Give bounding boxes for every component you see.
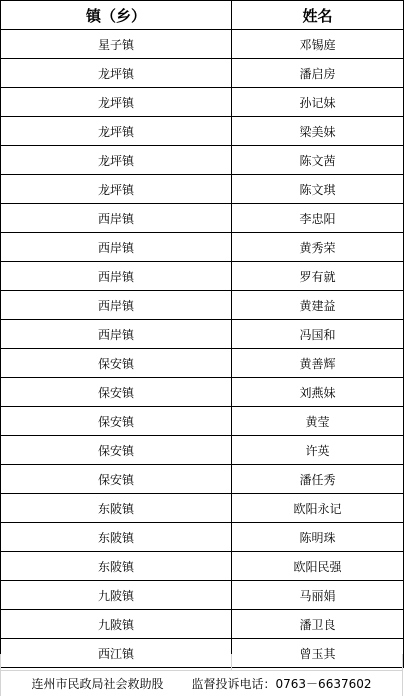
cell-town: 龙坪镇 <box>1 59 232 88</box>
table-row: 西岸镇冯国和 <box>1 320 404 349</box>
cell-town: 九陂镇 <box>1 581 232 610</box>
cell-town: 保安镇 <box>1 436 232 465</box>
footer: 连州市民政局社会救助股 监督投诉电话： 0763－6637602 <box>0 670 403 696</box>
column-header-town: 镇（乡） <box>1 1 232 30</box>
cell-name: 黄善辉 <box>232 349 404 378</box>
cell-name: 黄莹 <box>232 407 404 436</box>
cell-name: 黄建益 <box>232 291 404 320</box>
header-row: 镇（乡） 姓名 <box>1 1 404 30</box>
cell-name: 罗有就 <box>232 262 404 291</box>
footer-organization: 连州市民政局社会救助股 <box>31 675 163 692</box>
cell-town: 龙坪镇 <box>1 117 232 146</box>
cell-town: 西岸镇 <box>1 233 232 262</box>
table-row: 西岸镇李忠阳 <box>1 204 404 233</box>
table-row: 九陂镇马丽娟 <box>1 581 404 610</box>
cell-town: 龙坪镇 <box>1 175 232 204</box>
table-row: 西岸镇黄秀荣 <box>1 233 404 262</box>
cell-town: 西岸镇 <box>1 320 232 349</box>
table-row: 九陂镇潘卫良 <box>1 610 404 639</box>
table-row: 龙坪镇孙记妹 <box>1 88 404 117</box>
cell-town: 九陂镇 <box>1 610 232 639</box>
footer-hotline-number: 0763－6637602 <box>276 675 372 692</box>
cell-town: 东陂镇 <box>1 494 232 523</box>
cell-name: 黄秀荣 <box>232 233 404 262</box>
table-row: 东陂镇欧阳永记 <box>1 494 404 523</box>
cell-name: 许英 <box>232 436 404 465</box>
cell-town: 龙坪镇 <box>1 88 232 117</box>
cell-name: 马丽娟 <box>232 581 404 610</box>
cell-town: 西岸镇 <box>1 204 232 233</box>
cell-name: 冯国和 <box>232 320 404 349</box>
cell-town: 龙坪镇 <box>1 146 232 175</box>
cell-town: 东陂镇 <box>1 523 232 552</box>
cell-name: 孙记妹 <box>232 88 404 117</box>
cell-town: 保安镇 <box>1 349 232 378</box>
cell-name: 陈文琪 <box>232 175 404 204</box>
cell-town: 保安镇 <box>1 407 232 436</box>
cell-name: 陈文茜 <box>232 146 404 175</box>
cell-name: 欧阳永记 <box>232 494 404 523</box>
cell-name: 潘卫良 <box>232 610 404 639</box>
roster-table: 镇（乡） 姓名 星子镇邓锡庭龙坪镇潘启房龙坪镇孙记妹龙坪镇梁美妹龙坪镇陈文茜龙坪… <box>0 0 404 668</box>
cell-name: 刘燕妹 <box>232 378 404 407</box>
table-row: 保安镇黄莹 <box>1 407 404 436</box>
footer-hotline-label: 监督投诉电话： <box>192 675 276 692</box>
table-row: 保安镇黄善辉 <box>1 349 404 378</box>
table-row: 保安镇潘任秀 <box>1 465 404 494</box>
cell-name: 邓锡庭 <box>232 30 404 59</box>
table-row: 龙坪镇梁美妹 <box>1 117 404 146</box>
table-row: 东陂镇陈明珠 <box>1 523 404 552</box>
blank-cell <box>232 654 403 670</box>
cell-name: 李忠阳 <box>232 204 404 233</box>
blank-row <box>0 654 403 670</box>
cell-name: 潘任秀 <box>232 465 404 494</box>
table-row: 保安镇刘燕妹 <box>1 378 404 407</box>
table-row: 龙坪镇潘启房 <box>1 59 404 88</box>
table-row: 保安镇许英 <box>1 436 404 465</box>
cell-town: 西岸镇 <box>1 291 232 320</box>
table-row: 西岸镇罗有就 <box>1 262 404 291</box>
cell-town: 西岸镇 <box>1 262 232 291</box>
cell-town: 保安镇 <box>1 465 232 494</box>
table-row: 龙坪镇陈文茜 <box>1 146 404 175</box>
table-row: 西岸镇黄建益 <box>1 291 404 320</box>
cell-name: 潘启房 <box>232 59 404 88</box>
table-row: 龙坪镇陈文琪 <box>1 175 404 204</box>
cell-town: 星子镇 <box>1 30 232 59</box>
cell-name: 陈明珠 <box>232 523 404 552</box>
cell-name: 欧阳民强 <box>232 552 404 581</box>
table-row: 星子镇邓锡庭 <box>1 30 404 59</box>
cell-name: 梁美妹 <box>232 117 404 146</box>
cell-town: 东陂镇 <box>1 552 232 581</box>
blank-cell <box>0 654 232 670</box>
cell-town: 保安镇 <box>1 378 232 407</box>
column-header-name: 姓名 <box>232 1 404 30</box>
table-row: 东陂镇欧阳民强 <box>1 552 404 581</box>
